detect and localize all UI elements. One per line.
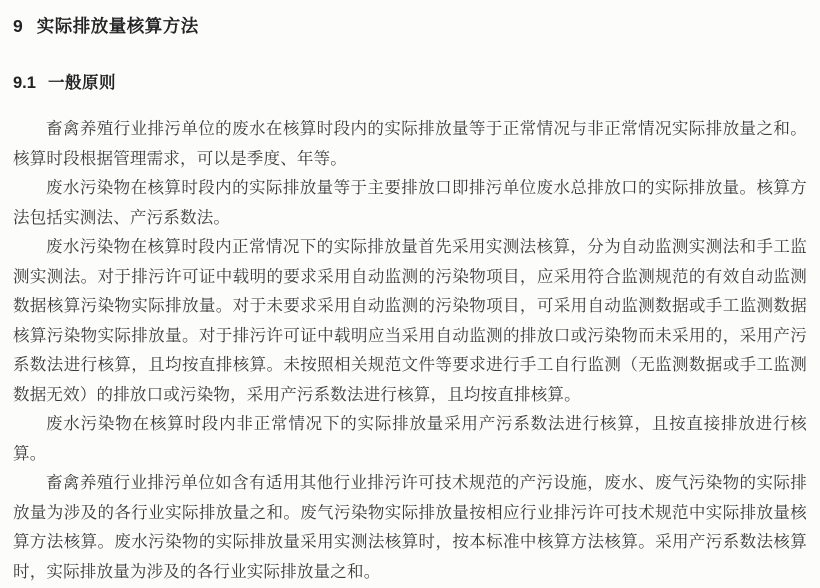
section-title: 实际排放量核算方法 bbox=[37, 16, 199, 36]
subsection-heading: 9.1一般原则 bbox=[13, 69, 807, 93]
section-number: 9 bbox=[13, 16, 23, 36]
paragraph: 废水污染物在核算时段内非正常情况下的实际排放量采用产污系数法进行核算，且按直接排… bbox=[13, 409, 807, 468]
subsection-number: 9.1 bbox=[13, 74, 36, 92]
subsection-title: 一般原则 bbox=[48, 74, 116, 92]
document-page: 9实际排放量核算方法 9.1一般原则 畜禽养殖行业排污单位的废水在核算时段内的实… bbox=[0, 0, 820, 588]
paragraph: 畜禽养殖行业排污单位的废水在核算时段内的实际排放量等于正常情况与非正常情况实际排… bbox=[13, 114, 807, 173]
paragraph: 废水污染物在核算时段内的实际排放量等于主要排放口即排污单位废水总排放口的实际排放… bbox=[13, 173, 807, 232]
paragraph: 畜禽养殖行业排污单位如含有适用其他行业排污许可技术规范的产污设施，废水、废气污染… bbox=[13, 468, 807, 586]
paragraph: 废水污染物在核算时段内正常情况下的实际排放量首先采用实测法核算，分为自动监测实测… bbox=[13, 232, 807, 409]
section-heading: 9实际排放量核算方法 bbox=[13, 13, 807, 38]
body-text: 畜禽养殖行业排污单位的废水在核算时段内的实际排放量等于正常情况与非正常情况实际排… bbox=[13, 114, 807, 586]
